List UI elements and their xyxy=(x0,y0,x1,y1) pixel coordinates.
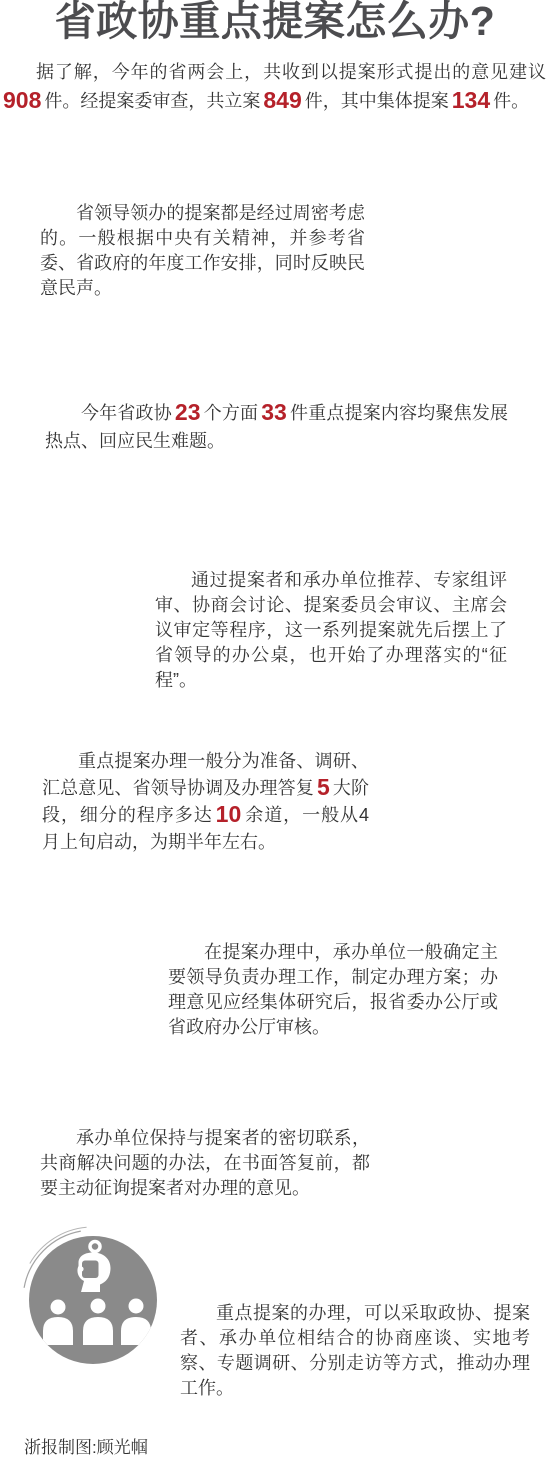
paragraph-text: 今年省政协 xyxy=(81,403,172,423)
document-glyph xyxy=(82,1261,99,1279)
paragraph-text: 件。经提案委审查，共立案 xyxy=(44,91,260,111)
paragraph-leader-consideration: 省领导领办的提案都是经过周密考虑的。一般根据中央有关精神，并参考省委、省政府的年… xyxy=(40,201,365,301)
paragraph-intro-statistics: 据了解，今年的省两会上，共收到以提案形式提出的意见建议908件。经提案委审查，共… xyxy=(0,58,546,116)
highlight-number: 33 xyxy=(261,399,287,425)
paragraph-handling-responsibility: 在提案办理中，承办单位一般确定主要领导负责办理工作，制定办理方案；办理意见应经集… xyxy=(168,940,498,1040)
audience-head-left xyxy=(51,1300,66,1315)
paragraph-handling-stages: 重点提案办理一般分为准备、调研、汇总意见、省领导协调及办理答复5大阶段，细分的程… xyxy=(42,748,369,856)
highlight-number: 5 xyxy=(317,774,330,800)
paragraph-text: 重点提案的办理，可以采取政协、提案者、承办单位相结合的协商座谈、实地考察、专题调… xyxy=(180,1303,530,1398)
paragraph-selection-process: 通过提案者和承办单位推荐、专家组评审、协商会讨论、提案委员会审议、主席会议审定等… xyxy=(155,568,507,693)
highlight-number: 23 xyxy=(175,399,201,425)
paragraph-key-proposals-count: 今年省政协23个方面33件重点提案内容均聚焦发展热点、回应民生难题。 xyxy=(45,399,508,455)
highlight-number: 849 xyxy=(263,87,301,113)
meeting-icon-svg xyxy=(8,1226,160,1368)
paragraph-text: 承办单位保持与提案者的密切联系，共商解决问题的办法，在书面答复前，都要主动征询提… xyxy=(40,1128,370,1198)
audience-head-right xyxy=(129,1299,144,1314)
highlight-number: 134 xyxy=(452,87,490,113)
highlight-number: 10 xyxy=(216,801,242,827)
paragraph-text: 件。 xyxy=(493,91,529,111)
paragraph-handling-methods: 重点提案的办理，可以采取政协、提案者、承办单位相结合的协商座谈、实地考察、专题调… xyxy=(180,1301,530,1401)
paragraph-proposer-contact: 承办单位保持与提案者的密切联系，共商解决问题的办法，在书面答复前，都要主动征询提… xyxy=(40,1126,370,1201)
audience-body-left xyxy=(43,1317,73,1345)
paragraph-text: 通过提案者和承办单位推荐、专家组评审、协商会讨论、提案委员会审议、主席会议审定等… xyxy=(155,570,507,690)
audience-head-center xyxy=(91,1299,106,1314)
document-dot-glyph xyxy=(78,1266,83,1271)
highlight-number: 908 xyxy=(3,87,41,113)
paragraph-text: 省领导领办的提案都是经过周密考虑的。一般根据中央有关精神，并参考省委、省政府的年… xyxy=(40,203,365,298)
paragraph-text: 在提案办理中，承办单位一般确定主要领导负责办理工作，制定办理方案；办理意见应经集… xyxy=(168,942,498,1037)
audience-body-right xyxy=(121,1317,151,1345)
paragraph-text: 据了解，今年的省两会上，共收到以提案形式提出的意见建议 xyxy=(36,62,546,82)
paragraph-text: 件，其中集体提案 xyxy=(305,91,449,111)
presenter-with-audience-icon xyxy=(8,1226,160,1368)
paragraph-text: 个方面 xyxy=(204,403,259,423)
page-title: 省政协重点提案怎么办? xyxy=(0,0,550,46)
credit-line: 浙报制图:顾光帼 xyxy=(24,1433,148,1458)
audience-body-center xyxy=(83,1317,113,1345)
